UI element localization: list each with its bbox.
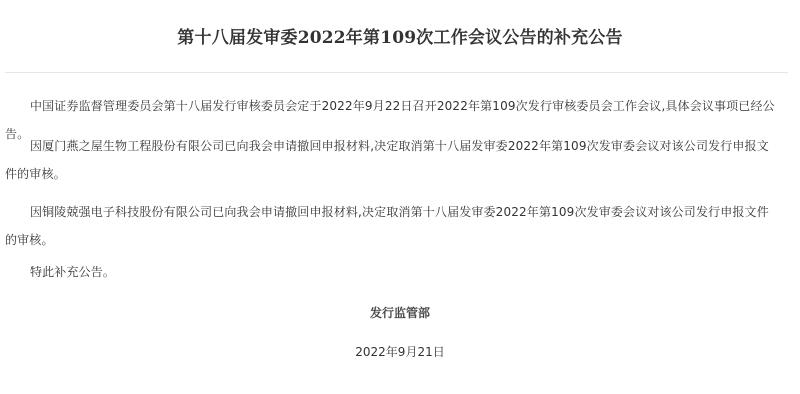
paragraph-withdrawal-jingqiang: 因铜陵兢强电子科技股份有限公司已向我会申请撤回申报材料,决定取消第十八届发审委2…	[5, 198, 780, 254]
page-title: 第十八届发审委2022年第109次工作会议公告的补充公告	[0, 26, 800, 50]
issue-date: 2022年9月21日	[0, 342, 800, 362]
issuing-department: 发行监管部	[0, 303, 800, 323]
title-divider	[5, 72, 788, 73]
paragraph-withdrawal-yanzhiwu: 因厦门燕之屋生物工程股份有限公司已向我会申请撤回申报材料,决定取消第十八届发审委…	[5, 132, 780, 188]
paragraph-closing: 特此补充公告。	[5, 258, 780, 286]
